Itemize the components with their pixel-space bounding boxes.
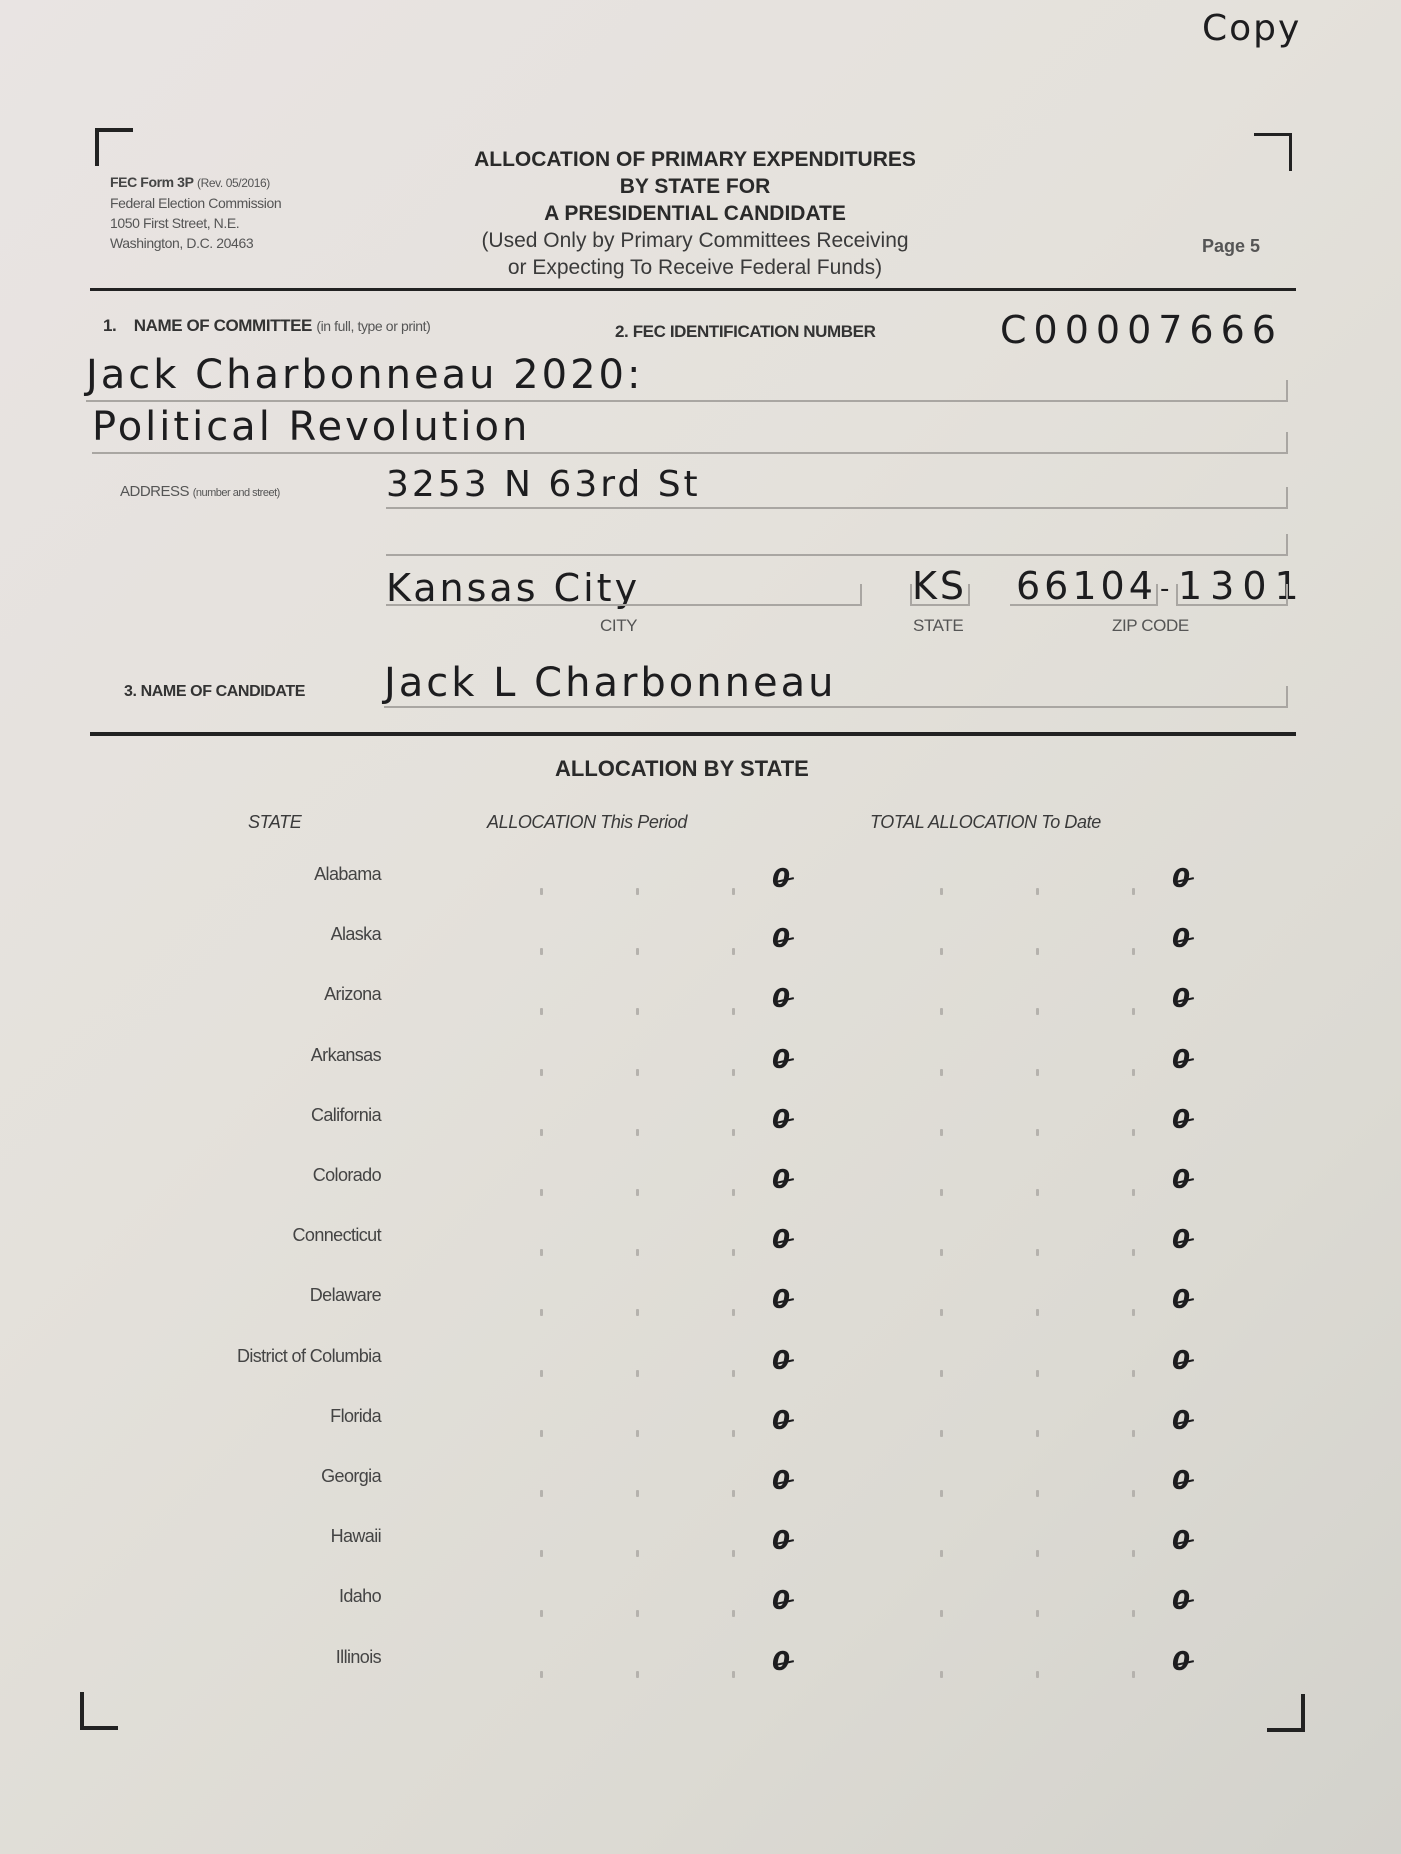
- agency-name: Federal Election Commission: [110, 193, 281, 213]
- subtitle-line: (Used Only by Primary Committees Receivi…: [400, 227, 990, 254]
- candidate-name-field[interactable]: Jack L Charbonneau: [384, 660, 836, 706]
- digit-separator-tick: [636, 1189, 639, 1196]
- digit-separator-tick: [732, 1430, 735, 1437]
- label-text: ADDRESS: [120, 483, 189, 500]
- digit-separator-tick: [940, 1490, 943, 1497]
- table-row: Illinois00: [0, 1647, 1401, 1707]
- state-name: California: [311, 1105, 381, 1126]
- allocation-period-field[interactable]: 0: [772, 1045, 793, 1075]
- form-identification: FEC Form 3P (Rev. 05/2016) Federal Elect…: [110, 172, 281, 253]
- allocation-section-title: ALLOCATION BY STATE: [555, 756, 809, 782]
- digit-separator-tick: [540, 1249, 543, 1256]
- digit-separator-tick: [1036, 1430, 1039, 1437]
- allocation-period-field[interactable]: 0: [772, 864, 793, 894]
- digit-separator-tick: [1132, 1008, 1135, 1015]
- digit-separator-tick: [636, 1671, 639, 1678]
- table-row: Delaware00: [0, 1285, 1401, 1345]
- table-row: Alabama00: [0, 864, 1401, 924]
- digit-separator-tick: [940, 1249, 943, 1256]
- committee-name-line2[interactable]: Political Revolution: [92, 404, 530, 450]
- field-end-tick: [1156, 584, 1158, 604]
- digit-separator-tick: [636, 888, 639, 895]
- digit-separator-tick: [1036, 948, 1039, 955]
- digit-separator-tick: [1036, 888, 1039, 895]
- zip-dash: -: [1160, 574, 1172, 604]
- state-name: Hawaii: [331, 1526, 381, 1547]
- digit-separator-tick: [540, 948, 543, 955]
- digit-separator-tick: [732, 1671, 735, 1678]
- allocation-period-field[interactable]: 0: [772, 1165, 793, 1195]
- field-end-tick: [1286, 432, 1288, 452]
- committee-name-line1[interactable]: Jack Charbonneau 2020:: [86, 352, 643, 398]
- state-name: Arizona: [324, 984, 381, 1005]
- state-name: Arkansas: [311, 1045, 381, 1066]
- zip-ext-rule: [1176, 604, 1288, 606]
- table-row: Florida00: [0, 1406, 1401, 1466]
- allocation-total-field[interactable]: 0: [1172, 1045, 1193, 1075]
- state-field[interactable]: KS: [912, 564, 967, 608]
- allocation-total-field[interactable]: 0: [1172, 1647, 1193, 1677]
- address-line2-rule: [386, 554, 1288, 556]
- digit-separator-tick: [540, 1309, 543, 1316]
- digit-separator-tick: [636, 1430, 639, 1437]
- digit-separator-tick: [1132, 1370, 1135, 1377]
- digit-separator-tick: [540, 1430, 543, 1437]
- digit-separator-tick: [1036, 1249, 1039, 1256]
- allocation-total-field[interactable]: 0: [1172, 1285, 1193, 1315]
- digit-separator-tick: [732, 1249, 735, 1256]
- digit-separator-tick: [940, 1309, 943, 1316]
- digit-separator-tick: [1036, 1309, 1039, 1316]
- allocation-total-field[interactable]: 0: [1172, 1406, 1193, 1436]
- digit-separator-tick: [940, 1430, 943, 1437]
- digit-separator-tick: [1132, 1189, 1135, 1196]
- state-name: Colorado: [313, 1165, 381, 1186]
- digit-separator-tick: [636, 1069, 639, 1076]
- digit-separator-tick: [732, 948, 735, 955]
- label-number: 1.: [103, 316, 116, 335]
- allocation-total-field[interactable]: 0: [1172, 1466, 1193, 1496]
- digit-separator-tick: [540, 888, 543, 895]
- allocation-total-field[interactable]: 0: [1172, 1225, 1193, 1255]
- state-name: Georgia: [321, 1466, 381, 1487]
- digit-separator-tick: [1132, 1430, 1135, 1437]
- digit-separator-tick: [940, 1370, 943, 1377]
- address-label: ADDRESS (number and street): [120, 483, 280, 500]
- field-end-tick: [968, 584, 970, 604]
- registration-mark-top-left: [95, 128, 133, 166]
- digit-separator-tick: [1036, 1008, 1039, 1015]
- candidate-name-rule: [384, 706, 1288, 708]
- digit-separator-tick: [1132, 888, 1135, 895]
- digit-separator-tick: [540, 1370, 543, 1377]
- digit-separator-tick: [540, 1550, 543, 1557]
- allocation-total-field[interactable]: 0: [1172, 864, 1193, 894]
- digit-separator-tick: [636, 1129, 639, 1136]
- digit-separator-tick: [732, 1069, 735, 1076]
- allocation-total-field[interactable]: 0: [1172, 1165, 1193, 1195]
- allocation-period-field[interactable]: 0: [772, 1466, 793, 1496]
- state-name: Delaware: [310, 1285, 381, 1306]
- allocation-period-field[interactable]: 0: [772, 984, 793, 1014]
- digit-separator-tick: [636, 1490, 639, 1497]
- digit-separator-tick: [940, 948, 943, 955]
- digit-separator-tick: [732, 1309, 735, 1316]
- title-line: ALLOCATION OF PRIMARY EXPENDITURES: [400, 146, 990, 173]
- digit-separator-tick: [1036, 1490, 1039, 1497]
- table-row: Arkansas00: [0, 1045, 1401, 1105]
- digit-separator-tick: [940, 1189, 943, 1196]
- allocation-period-field[interactable]: 0: [772, 1406, 793, 1436]
- digit-separator-tick: [1036, 1671, 1039, 1678]
- digit-separator-tick: [940, 888, 943, 895]
- digit-separator-tick: [540, 1490, 543, 1497]
- digit-separator-tick: [540, 1129, 543, 1136]
- allocation-total-field[interactable]: 0: [1172, 1346, 1193, 1376]
- allocation-period-field[interactable]: 0: [772, 1225, 793, 1255]
- candidate-name-label: 3. NAME OF CANDIDATE: [124, 683, 305, 701]
- digit-separator-tick: [1132, 1069, 1135, 1076]
- digit-separator-tick: [732, 1550, 735, 1557]
- fec-form-3p-page: Copy FEC Form 3P (Rev. 05/2016) Federal …: [0, 0, 1401, 1854]
- digit-separator-tick: [940, 1008, 943, 1015]
- digit-separator-tick: [1036, 1189, 1039, 1196]
- field-end-tick: [1286, 534, 1288, 554]
- allocation-total-field[interactable]: 0: [1172, 1586, 1193, 1616]
- allocation-period-field[interactable]: 0: [772, 1647, 793, 1677]
- digit-separator-tick: [636, 1309, 639, 1316]
- digit-separator-tick: [732, 1129, 735, 1136]
- digit-separator-tick: [1132, 1610, 1135, 1617]
- allocation-period-field[interactable]: 0: [772, 1105, 793, 1135]
- table-row: California00: [0, 1105, 1401, 1165]
- state-rule: [910, 604, 970, 606]
- digit-separator-tick: [1132, 948, 1135, 955]
- digit-separator-tick: [540, 1189, 543, 1196]
- digit-separator-tick: [732, 1490, 735, 1497]
- address-line1[interactable]: 3253 N 63rd St: [386, 464, 701, 505]
- header-divider: [90, 288, 1296, 291]
- column-header-state: STATE: [248, 812, 301, 833]
- digit-separator-tick: [1036, 1610, 1039, 1617]
- committee-name-line2-rule: [92, 452, 1288, 454]
- digit-separator-tick: [636, 1550, 639, 1557]
- allocation-period-field[interactable]: 0: [772, 1526, 793, 1556]
- label-text: NAME OF COMMITTEE: [134, 316, 312, 335]
- allocation-total-field[interactable]: 0: [1172, 924, 1193, 954]
- digit-separator-tick: [636, 948, 639, 955]
- state-name: Connecticut: [293, 1225, 381, 1246]
- agency-street: 1050 First Street, N.E.: [110, 213, 281, 233]
- digit-separator-tick: [732, 1370, 735, 1377]
- digit-separator-tick: [540, 1610, 543, 1617]
- allocation-total-field[interactable]: 0: [1172, 1105, 1193, 1135]
- section-divider: [90, 732, 1296, 736]
- fec-id-field[interactable]: C00007666: [1000, 308, 1283, 352]
- digit-separator-tick: [636, 1610, 639, 1617]
- digit-separator-tick: [636, 1008, 639, 1015]
- digit-separator-tick: [940, 1610, 943, 1617]
- digit-separator-tick: [1036, 1069, 1039, 1076]
- zip-caption: ZIP CODE: [1112, 616, 1189, 636]
- city-rule: [386, 604, 862, 606]
- table-row: District of Columbia00: [0, 1346, 1401, 1406]
- digit-separator-tick: [1036, 1129, 1039, 1136]
- agency-city: Washington, D.C. 20463: [110, 233, 281, 253]
- column-header-total: TOTAL ALLOCATION To Date: [870, 812, 1101, 833]
- state-name: Idaho: [339, 1586, 381, 1607]
- state-name: District of Columbia: [237, 1346, 381, 1367]
- digit-separator-tick: [540, 1671, 543, 1678]
- allocation-period-field[interactable]: 0: [772, 924, 793, 954]
- allocation-period-field[interactable]: 0: [772, 1285, 793, 1315]
- digit-separator-tick: [1036, 1550, 1039, 1557]
- state-name: Alaska: [331, 924, 381, 945]
- table-row: Alaska00: [0, 924, 1401, 984]
- digit-separator-tick: [1132, 1129, 1135, 1136]
- digit-separator-tick: [1036, 1370, 1039, 1377]
- state-caption: STATE: [913, 616, 963, 636]
- committee-name-line1-rule: [86, 400, 1288, 402]
- field-end-tick: [1286, 380, 1288, 400]
- digit-separator-tick: [636, 1249, 639, 1256]
- digit-separator-tick: [1132, 1249, 1135, 1256]
- state-name: Illinois: [336, 1647, 381, 1668]
- page-number: Page 5: [1202, 236, 1260, 257]
- address-line1-rule: [386, 507, 1288, 509]
- field-start-tick: [1176, 584, 1178, 604]
- digit-separator-tick: [732, 1610, 735, 1617]
- registration-mark-top-right: [1254, 133, 1292, 171]
- digit-separator-tick: [540, 1069, 543, 1076]
- city-caption: CITY: [600, 616, 637, 636]
- form-revision: (Rev. 05/2016): [197, 176, 270, 190]
- field-end-tick: [860, 584, 862, 604]
- allocation-total-field[interactable]: 0: [1172, 984, 1193, 1014]
- digit-separator-tick: [940, 1129, 943, 1136]
- digit-separator-tick: [732, 1189, 735, 1196]
- subtitle-line: or Expecting To Receive Federal Funds): [400, 254, 990, 281]
- zip-rule: [1010, 604, 1158, 606]
- digit-separator-tick: [940, 1069, 943, 1076]
- form-name: FEC Form 3P: [110, 174, 194, 190]
- digit-separator-tick: [1132, 1309, 1135, 1316]
- digit-separator-tick: [636, 1370, 639, 1377]
- digit-separator-tick: [940, 1671, 943, 1678]
- label-hint: (number and street): [193, 487, 280, 499]
- allocation-total-field[interactable]: 0: [1172, 1526, 1193, 1556]
- title-line: A PRESIDENTIAL CANDIDATE: [400, 200, 990, 227]
- table-row: Idaho00: [0, 1586, 1401, 1646]
- state-name: Alabama: [314, 864, 381, 885]
- column-header-period: ALLOCATION This Period: [487, 812, 687, 833]
- table-row: Connecticut00: [0, 1225, 1401, 1285]
- field-end-tick: [1286, 686, 1288, 706]
- field-end-tick: [1286, 487, 1288, 507]
- field-start-tick: [910, 584, 912, 604]
- digit-separator-tick: [732, 1008, 735, 1015]
- title-line: BY STATE FOR: [400, 173, 990, 200]
- table-row: Colorado00: [0, 1165, 1401, 1225]
- committee-name-label: 1. NAME OF COMMITTEE (in full, type or p…: [103, 316, 430, 336]
- digit-separator-tick: [1132, 1550, 1135, 1557]
- copy-annotation: Copy: [1202, 8, 1301, 49]
- allocation-period-field[interactable]: 0: [772, 1586, 793, 1616]
- form-title: ALLOCATION OF PRIMARY EXPENDITURES BY ST…: [400, 146, 990, 281]
- field-end-tick: [1286, 584, 1288, 604]
- fec-id-label: 2. FEC IDENTIFICATION NUMBER: [615, 322, 876, 342]
- digit-separator-tick: [540, 1008, 543, 1015]
- state-name: Florida: [330, 1406, 381, 1427]
- digit-separator-tick: [1132, 1671, 1135, 1678]
- digit-separator-tick: [732, 888, 735, 895]
- digit-separator-tick: [1132, 1490, 1135, 1497]
- allocation-period-field[interactable]: 0: [772, 1346, 793, 1376]
- label-hint: (in full, type or print): [316, 318, 430, 334]
- digit-separator-tick: [940, 1550, 943, 1557]
- zip-field[interactable]: 66104: [1016, 564, 1157, 608]
- table-row: Arizona00: [0, 984, 1401, 1044]
- table-row: Georgia00: [0, 1466, 1401, 1526]
- table-row: Hawaii00: [0, 1526, 1401, 1586]
